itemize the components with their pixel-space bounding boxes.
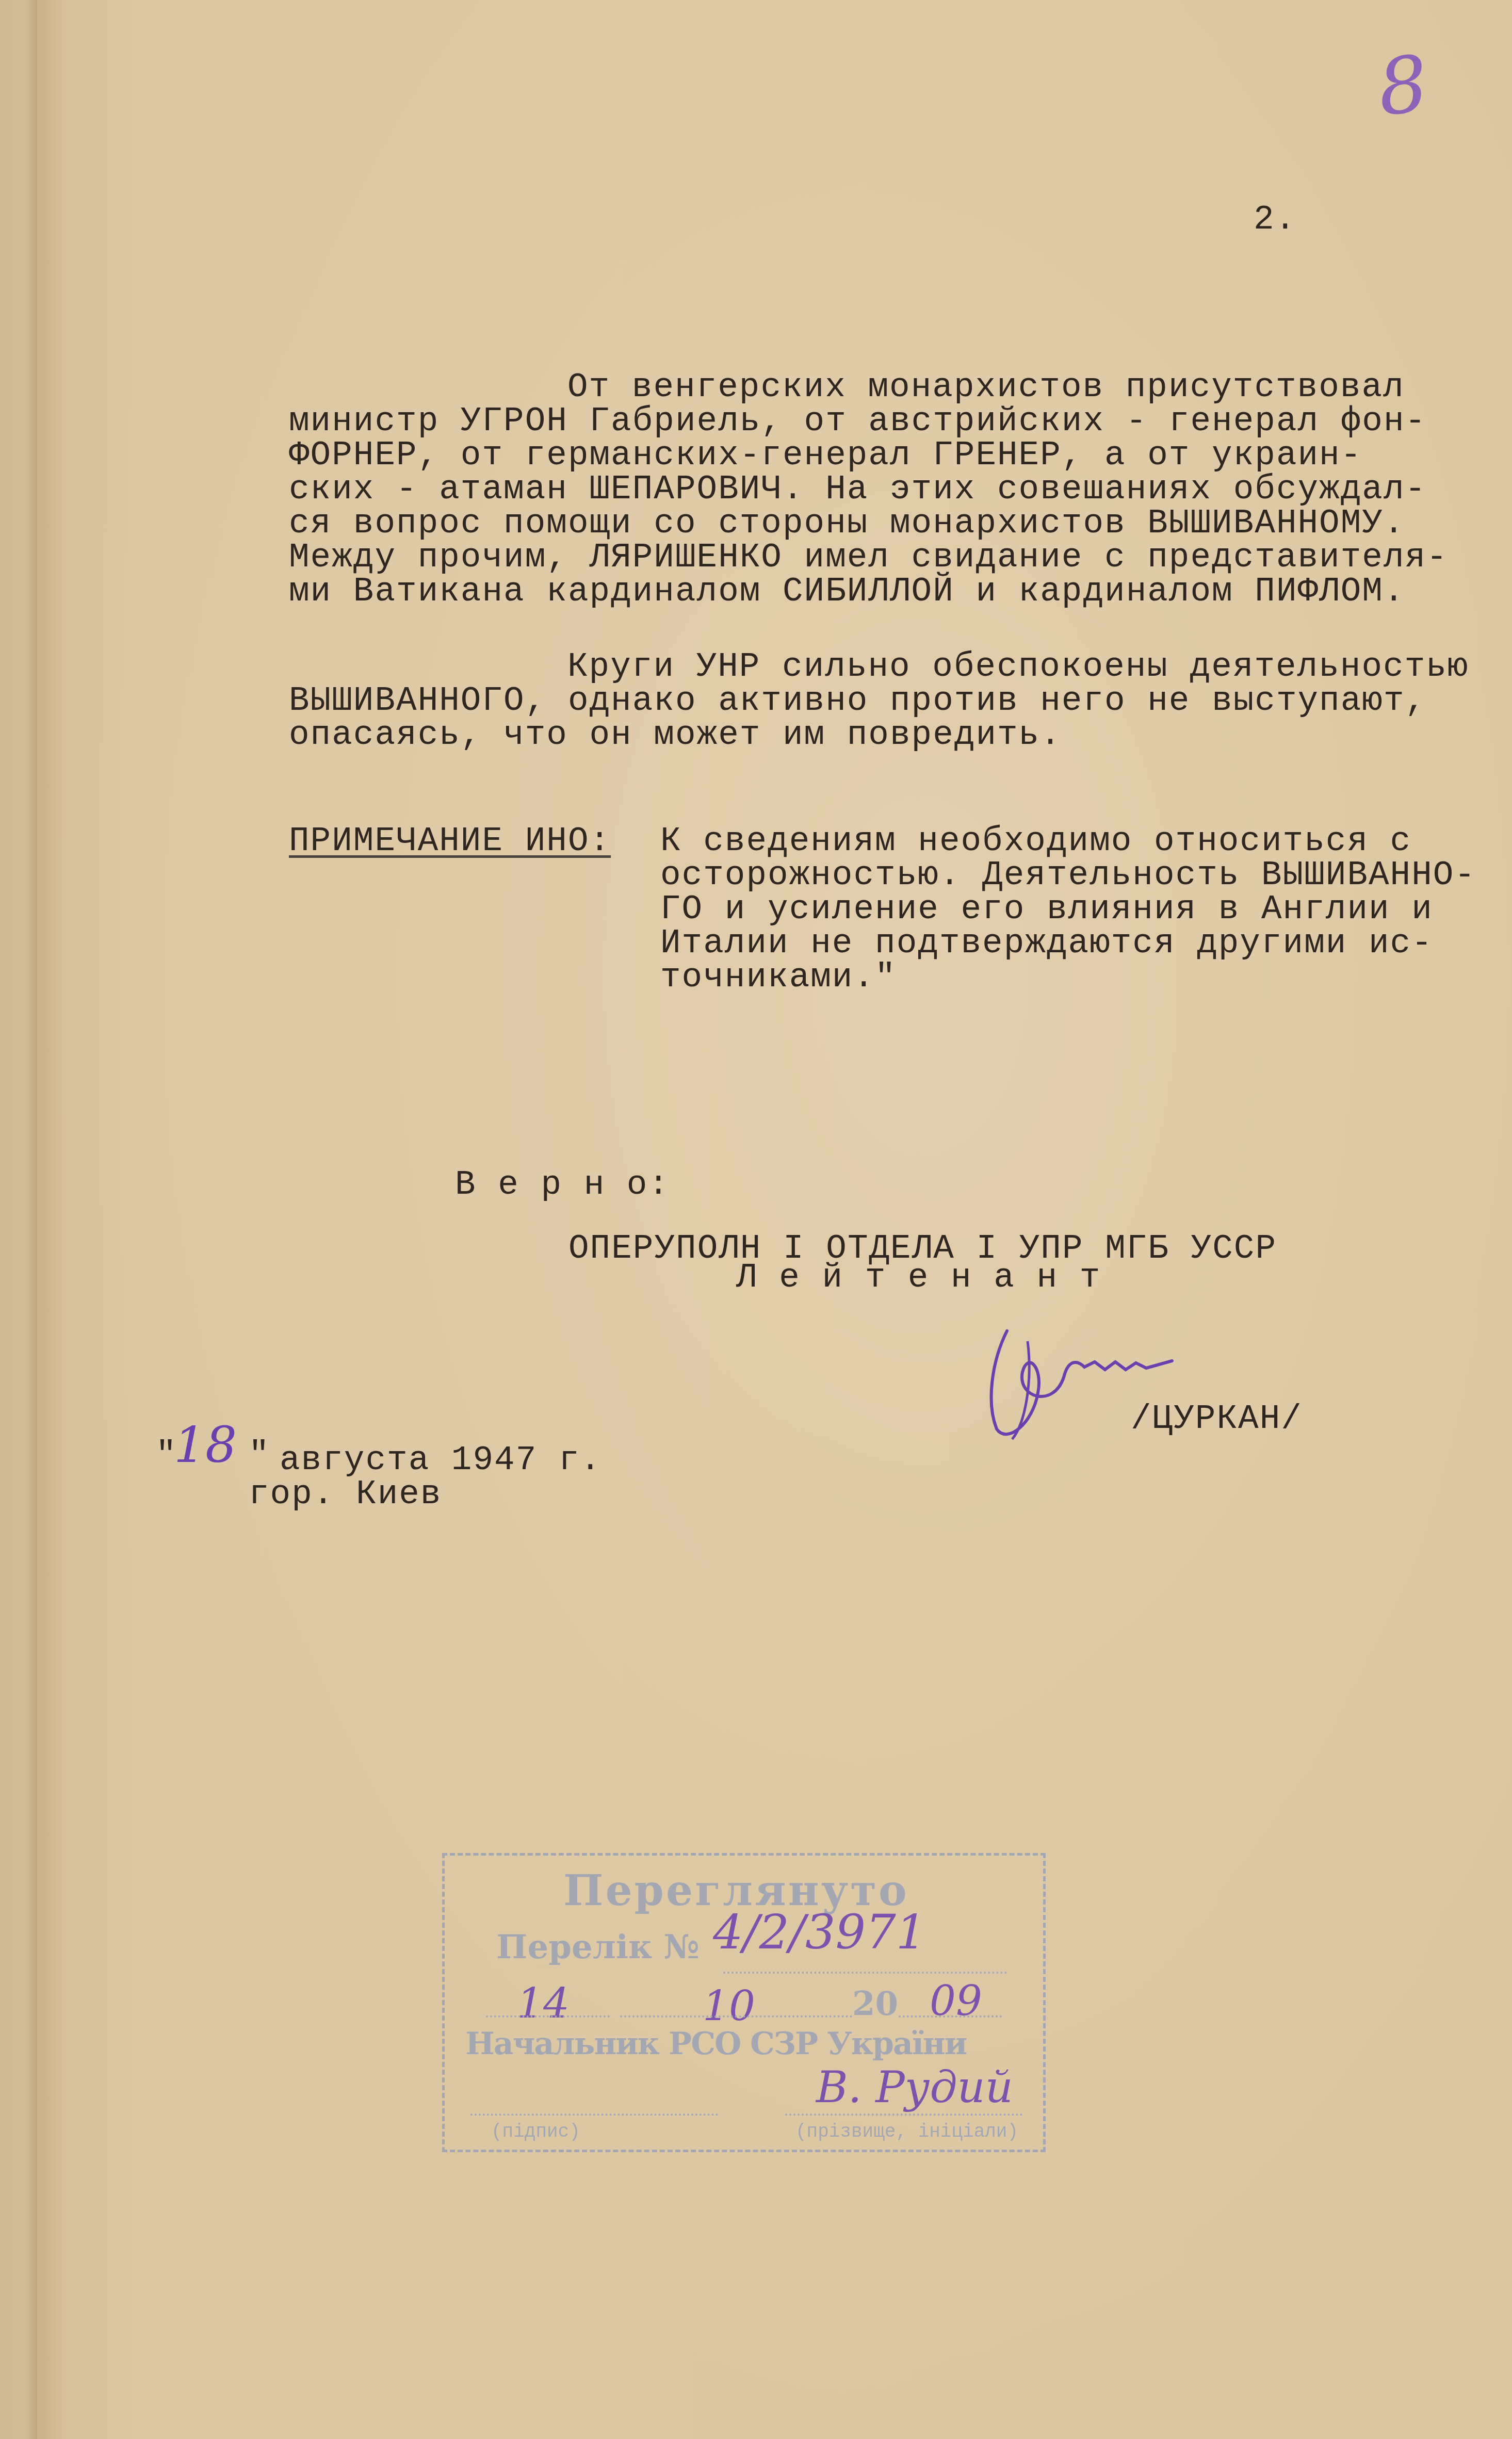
paragraph1-line: ся вопрос помощи со стороны монархистов …	[289, 508, 1405, 540]
stamp-rule	[723, 1972, 1007, 1974]
page-number: 2.	[1254, 204, 1296, 236]
stamp-rule	[486, 2015, 610, 2018]
verified-label: В е р н о:	[455, 1169, 670, 1201]
paragraph1-line: ских - атаман ШЕПАРОВИЧ. На этих совешан…	[289, 474, 1426, 506]
note-line: Италии не подтверждаются другими ис-	[660, 928, 1433, 960]
stamp-list-number: 4/2/3971	[713, 1905, 926, 1960]
date-close-quote: "	[249, 1439, 270, 1471]
note-line: точниками."	[660, 962, 897, 994]
paragraph2-line: опасаясь, что он может им повредить.	[289, 719, 1062, 751]
stamp-signature: В. Рудий	[816, 2062, 1013, 2112]
paragraph1-line: ми Ватикана кардиналом СИБИЛЛОЙ и кардин…	[289, 576, 1405, 608]
signatory-name: /ЦУРКАН/	[1131, 1403, 1303, 1435]
stamp-caption-right: (прізвище, ініціали)	[795, 2121, 1018, 2142]
stamp-rule	[785, 2113, 1022, 2116]
note-line: ГО и усиление его влияния в Англии и	[660, 893, 1433, 925]
paragraph1-line: министр УГРОН Габриель, от австрийских -…	[289, 405, 1426, 437]
note-label: ПРИМЕЧАНИЕ ИНО:	[289, 825, 611, 857]
note-line: К сведениям необходимо относиться с	[660, 825, 1411, 857]
signatory-rank: Л е й т е н а н т	[736, 1262, 1101, 1294]
stamp-list-label: Перелік №	[496, 1928, 700, 1966]
date-day-handwritten: 18	[174, 1416, 237, 1474]
stamp-year: 09	[930, 1977, 982, 2025]
archive-review-stamp: Переглянуто Перелік № 4/2/3971 14 10 20 …	[442, 1853, 1046, 2152]
date-place: гор. Киев	[249, 1478, 442, 1510]
stamp-rule	[470, 2113, 718, 2116]
note-line: осторожностью. Деятельность ВЫШИВАННО-	[660, 859, 1476, 891]
paragraph1-line: От венгерских монархистов присутствовал	[567, 371, 1405, 403]
document-page: 8 2. От венгерских монархистов присутств…	[37, 0, 1512, 2439]
paragraph2-line: Круги УНР сильно обеспокоены деятельност…	[567, 651, 1469, 683]
stamp-year-prefix: 20	[852, 1985, 898, 2023]
paragraph1-line: ФОРНЕР, от германских-генерал ГРЕНЕР, а …	[289, 440, 1362, 471]
paragraph2-line: ВЫШИВАННОГО, однако активно против него …	[289, 685, 1426, 717]
stamp-rule	[899, 2015, 1002, 2018]
stamp-day: 14	[517, 1979, 570, 2027]
date-text: августа 1947 г.	[280, 1444, 601, 1476]
stamp-org: Начальник РСО СЗР України	[465, 2026, 966, 2062]
paragraph1-line: Между прочим, ЛЯРИШЕНКО имел свидание с …	[289, 542, 1448, 574]
binding-edge	[0, 0, 37, 2439]
folio-mark: 8	[1374, 39, 1432, 133]
stamp-rule	[620, 2015, 852, 2018]
stamp-month: 10	[703, 1982, 755, 2030]
stamp-caption-left: (підпис)	[491, 2121, 580, 2142]
